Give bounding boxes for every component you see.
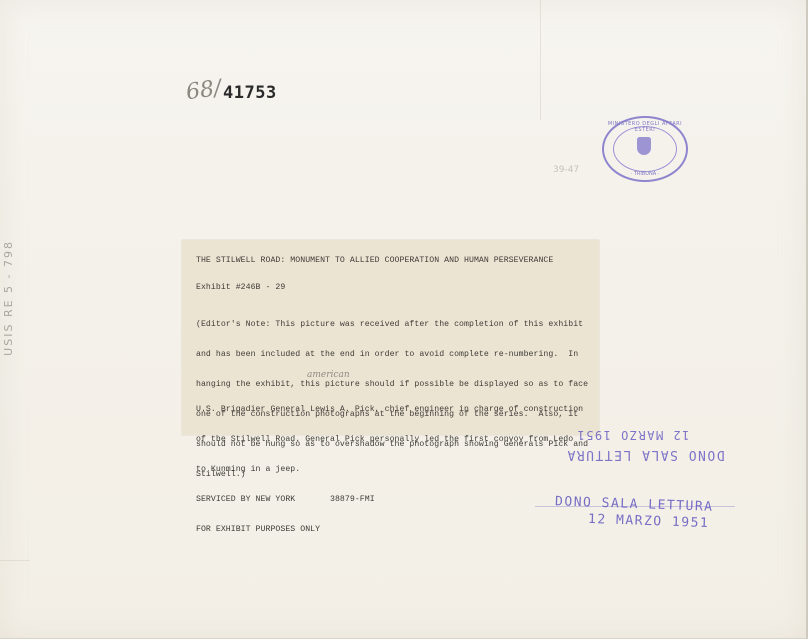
handwritten-number: 68/ [184, 76, 223, 106]
caption-line: FOR EXHIBIT PURPOSES ONLY [196, 525, 583, 535]
paper-crease [540, 0, 541, 120]
exhibit-number: Exhibit #246B - 29 [196, 283, 285, 293]
upright-stamp-date: 12 MARZO 1951 [588, 512, 710, 531]
photo-caption: U.S. Brigadier General Lewis A. Pick, ch… [196, 385, 583, 555]
shield-icon [637, 137, 651, 155]
library-seal-stamp: MINISTERO DEGLI AFFARI ESTERI · TRIBUNA … [602, 116, 688, 182]
handwritten-annotation: american [307, 370, 350, 380]
editors-note-line: and has been included at the end in orde… [196, 350, 588, 360]
caption-line: U.S. Brigadier General Lewis A. Pick, ch… [196, 405, 583, 415]
caption-line: of the Stilwell Road. General Pick perso… [196, 435, 583, 445]
upside-down-stamp-date: 12 MARZO 1951 [576, 428, 689, 442]
caption-line: SERVICED BY NEW YORK 38879-FMI [196, 495, 583, 505]
side-pencil-note: USIS RE 5 - 798 [2, 240, 15, 356]
seal-top-text: MINISTERO DEGLI AFFARI ESTERI [604, 121, 686, 133]
caption-title: THE STILWELL ROAD: MONUMENT TO ALLIED CO… [196, 256, 553, 266]
caption-slip: THE STILWELL ROAD: MONUMENT TO ALLIED CO… [182, 240, 599, 435]
caption-line: to Kunming in a jeep. [196, 465, 583, 475]
seal-bottom-text: · TRIBUNA · [604, 171, 686, 177]
paper-crease [0, 560, 30, 561]
stamped-number: 41753 [223, 83, 277, 103]
upside-down-stamp-label: DONO SALA LETTURA [566, 447, 725, 462]
editors-note-line: (Editor's Note: This picture was receive… [196, 320, 588, 330]
photo-back-sheet: 68/ 41753 MINISTERO DEGLI AFFARI ESTERI … [0, 0, 808, 639]
faint-mark: 39-47 [553, 165, 579, 175]
